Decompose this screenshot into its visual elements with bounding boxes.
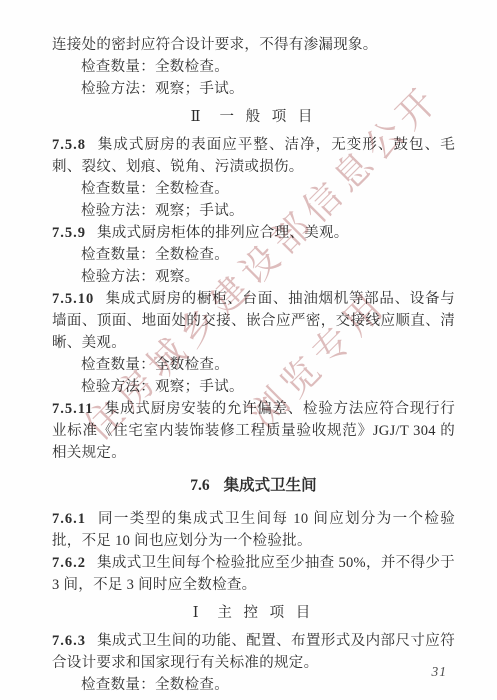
clause-text: 集成式厨房柜体的排列应合理、美观。 xyxy=(97,225,349,241)
inspection-line: 检查数量：全数检查。 xyxy=(52,244,455,266)
paragraph: 连接处的密封应符合设计要求，不得有渗漏现象。 xyxy=(52,34,455,56)
clause-number: 7.6.1 xyxy=(52,511,86,527)
subsection-label: 一 般 项 目 xyxy=(219,109,316,125)
clause-text: 同一类型的集成式卫生间每 10 间应划分为一个检验批，不足 10 间也应划分为一… xyxy=(52,511,455,549)
clause: 7.5.11集成式厨房安装的允许偏差、检验方法应符合现行行业标准《住宅室内装饰装… xyxy=(52,398,455,464)
inspection-line: 检查数量：全数检查。 xyxy=(52,178,455,200)
clause-number: 7.5.10 xyxy=(52,291,94,307)
page-number: 31 xyxy=(432,664,448,680)
clause: 7.6.3集成式卫生间的功能、配置、布置形式及内部尺寸应符合设计要求和国家现行有… xyxy=(52,630,455,674)
section-heading: 7.6集成式卫生间 xyxy=(52,474,455,498)
subsection-heading: Ⅱ一 般 项 目 xyxy=(52,106,455,128)
clause-text: 集成式卫生间的功能、配置、布置形式及内部尺寸应符合设计要求和国家现行有关标准的规… xyxy=(52,633,455,671)
inspection-line: 检验方法：观察；手试。 xyxy=(52,200,455,222)
clause: 7.5.10集成式厨房的橱柜、台面、抽油烟机等部品、设备与墙面、顶面、地面处的交… xyxy=(52,288,455,354)
clause: 7.6.2集成式卫生间每个检验批应至少抽查 50%，并不得少于 3 间，不足 3… xyxy=(52,552,455,596)
clause-text: 集成式厨房的表面应平整、洁净，无变形、鼓包、毛刺、裂纹、划痕、锐角、污渍或损伤。 xyxy=(52,137,455,175)
roman-numeral: Ⅱ xyxy=(191,109,202,125)
clause-number: 7.5.9 xyxy=(52,225,86,241)
clause-number: 7.6.3 xyxy=(52,633,86,649)
clause: 7.6.1同一类型的集成式卫生间每 10 间应划分为一个检验批，不足 10 间也… xyxy=(52,508,455,552)
page-body: 连接处的密封应符合设计要求，不得有渗漏现象。检查数量：全数检查。检验方法：观察；… xyxy=(52,34,455,696)
inspection-line: 检验方法：观察。 xyxy=(52,266,455,288)
clause-text: 集成式厨房安装的允许偏差、检验方法应符合现行行业标准《住宅室内装饰装修工程质量验… xyxy=(52,401,455,461)
clause-text: 集成式卫生间每个检验批应至少抽查 50%，并不得少于 3 间，不足 3 间时应全… xyxy=(52,555,455,593)
clause-number: 7.6.2 xyxy=(52,555,86,571)
clause-number: 7.5.8 xyxy=(52,137,86,153)
inspection-line: 检查数量：全数检查。 xyxy=(52,56,455,78)
subsection-label: 主 控 项 目 xyxy=(217,605,314,621)
clause: 7.5.8集成式厨房的表面应平整、洁净，无变形、鼓包、毛刺、裂纹、划痕、锐角、污… xyxy=(52,134,455,178)
clause-text: 集成式厨房的橱柜、台面、抽油烟机等部品、设备与墙面、顶面、地面处的交接、嵌合应严… xyxy=(52,291,455,351)
inspection-line: 检验方法：观察；手试。 xyxy=(52,78,455,100)
subsection-heading: Ⅰ主 控 项 目 xyxy=(52,602,455,624)
section-number: 7.6 xyxy=(190,477,209,494)
clause: 7.5.9集成式厨房柜体的排列应合理、美观。 xyxy=(52,222,455,244)
inspection-line: 检查数量：全数检查。 xyxy=(52,674,455,696)
clause-number: 7.5.11 xyxy=(52,401,93,417)
document-page: 连接处的密封应符合设计要求，不得有渗漏现象。检查数量：全数检查。检验方法：观察；… xyxy=(0,0,497,700)
section-title: 集成式卫生间 xyxy=(224,477,317,494)
inspection-line: 检验方法：观察；手试。 xyxy=(52,376,455,398)
inspection-line: 检查数量：全数检查。 xyxy=(52,354,455,376)
roman-numeral: Ⅰ xyxy=(193,605,200,621)
